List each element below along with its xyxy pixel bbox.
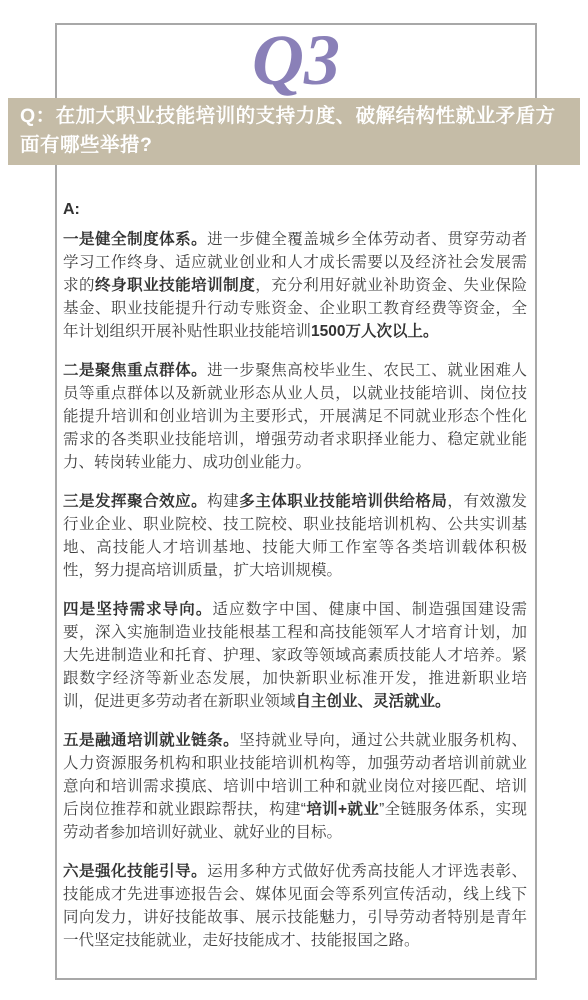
text-segment: 培训+就业 — [306, 801, 379, 818]
answer-paragraph: 一是健全制度体系。进一步健全覆盖城乡全体劳动者、贯穿劳动者学习工作终身、适应就业… — [63, 228, 527, 343]
text-segment: 二是聚焦重点群体。 — [63, 362, 207, 379]
answer-paragraph: 五是融通培训就业链条。坚持就业导向，通过公共就业服务机构、人力资源服务机构和职业… — [63, 729, 527, 844]
answer-label: A: — [63, 200, 527, 220]
text-segment: 四是坚持需求导向。 — [63, 601, 213, 618]
answer-section: A: 一是健全制度体系。进一步健全覆盖城乡全体劳动者、贯穿劳动者学习工作终身、适… — [63, 200, 527, 952]
answer-paragraph: 四是坚持需求导向。适应数字中国、健康中国、制造强国建设需要，深入实施制造业技能根… — [63, 598, 527, 713]
text-segment: 六是强化技能引导。 — [63, 863, 207, 880]
text-segment: 一是健全制度体系。 — [63, 231, 207, 248]
answer-paragraphs: 一是健全制度体系。进一步健全覆盖城乡全体劳动者、贯穿劳动者学习工作终身、适应就业… — [63, 228, 527, 952]
answer-paragraph: 六是强化技能引导。运用多种方式做好优秀高技能人才评选表彰、技能成才先进事迹报告会… — [63, 860, 527, 952]
text-segment: 三是发挥聚合效应。 — [63, 493, 207, 510]
text-segment: 1500万人次以上。 — [311, 323, 438, 340]
answer-paragraph: 二是聚焦重点群体。进一步聚焦高校毕业生、农民工、就业困难人员等重点群体以及新就业… — [63, 359, 527, 474]
text-segment: 自主创业、灵活就业。 — [296, 693, 451, 710]
text-segment: 多主体职业技能培训供给格局 — [239, 493, 447, 510]
answer-paragraph: 三是发挥聚合效应。构建多主体职业技能培训供给格局，有效激发行业企业、职业院校、技… — [63, 490, 527, 582]
question-bar: Q：在加大职业技能培训的支持力度、破解结构性就业矛盾方面有哪些举措? — [8, 98, 580, 165]
text-segment: 构建 — [207, 493, 239, 510]
text-segment: 五是融通培训就业链条。 — [63, 732, 239, 749]
question-number: Q3 — [55, 22, 537, 98]
text-segment: 终身职业技能培训制度 — [95, 277, 255, 294]
question-text: Q：在加大职业技能培训的支持力度、破解结构性就业矛盾方面有哪些举措? — [20, 105, 556, 156]
